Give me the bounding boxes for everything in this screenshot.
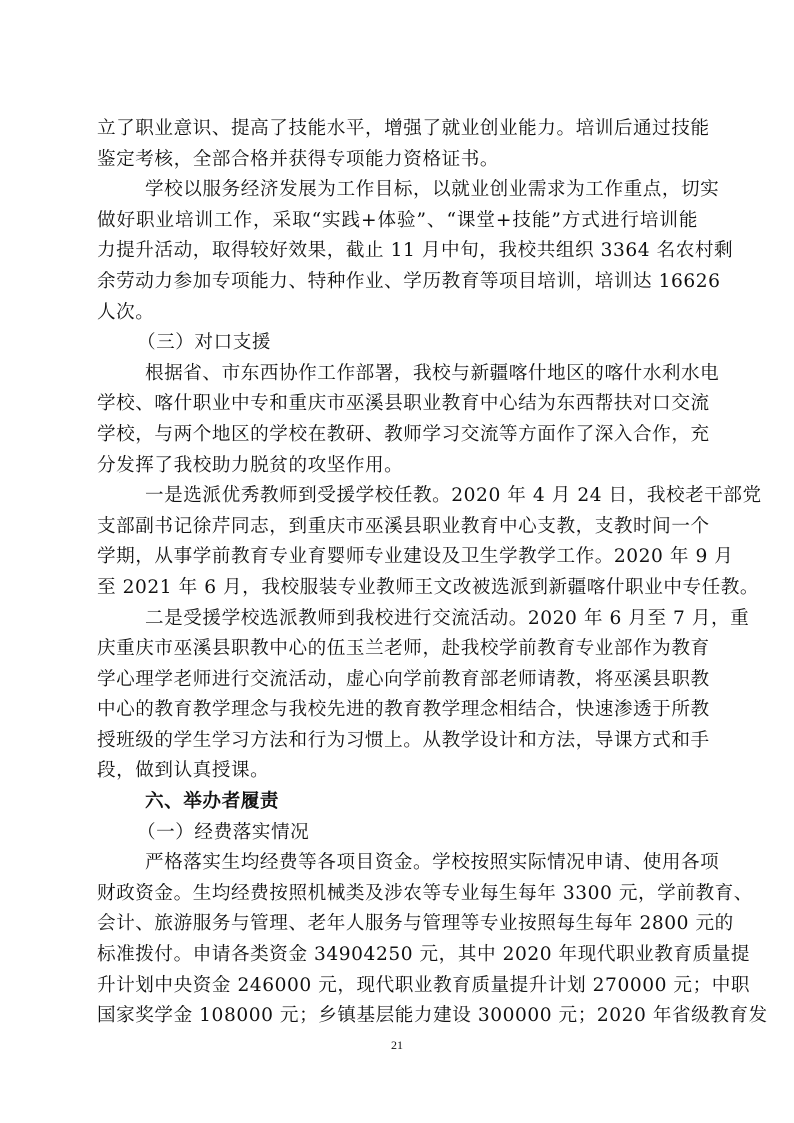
section-heading: 六、举办者履责 <box>97 787 698 818</box>
text-line: 学校、喀什职业中专和重庆市巫溪县职业教育中心结为东西帮扶对口交流 <box>97 389 698 420</box>
text-line: 分发挥了我校助力脱贫的攻坚作用。 <box>97 451 698 482</box>
text-line: 至 2021 年 6 月，我校服装专业教师王文改被选派到新疆喀什职业中专任教。 <box>97 573 698 604</box>
text-line: 根据省、市东西协作工作部署，我校与新疆喀什地区的喀什水利水电 <box>97 359 698 390</box>
text-line: 二是受援学校选派教师到我校进行交流活动。2020 年 6 月至 7 月，重 <box>97 604 698 635</box>
text-line: 严格落实生均经费等各项目资金。学校按照实际情况申请、使用各项 <box>97 848 698 879</box>
text-line: 余劳动力参加专项能力、特种作业、学历教育等项目培训，培训达 16626 <box>97 267 698 298</box>
page-number: 21 <box>0 1038 794 1053</box>
text-line: 人次。 <box>97 298 698 329</box>
text-line: 标准拨付。申请各类资金 34904250 元，其中 2020 年现代职业教育质量… <box>97 940 698 971</box>
text-line: 做好职业培训工作，采取“实践+体验”、“课堂+技能”方式进行培训能 <box>97 206 698 237</box>
text-line: 支部副书记徐芹同志，到重庆市巫溪县职业教育中心支教，支教时间一个 <box>97 512 698 543</box>
text-line: 学期，从事学前教育专业育婴师专业建设及卫生学教学工作。2020 年 9 月 <box>97 542 698 573</box>
text-line: 鉴定考核，全部合格并获得专项能力资格证书。 <box>97 145 698 176</box>
text-line: 升计划中央资金 246000 元，现代职业教育质量提升计划 270000 元；中… <box>97 971 698 1002</box>
document-page: 立了职业意识、提高了技能水平，增强了就业创业能力。培训后通过技能 鉴定考核，全部… <box>97 114 698 1032</box>
text-line: 学校以服务经济发展为工作目标，以就业创业需求为工作重点，切实 <box>97 175 698 206</box>
text-line: 庆重庆市巫溪县职教中心的伍玉兰老师，赴我校学前教育专业部作为教育 <box>97 634 698 665</box>
text-line: 会计、旅游服务与管理、老年人服务与管理等专业按照每生每年 2800 元的 <box>97 909 698 940</box>
text-line: 中心的教育教学理念与我校先进的教育教学理念相结合，快速渗透于所教 <box>97 695 698 726</box>
text-line: 立了职业意识、提高了技能水平，增强了就业创业能力。培训后通过技能 <box>97 114 698 145</box>
text-line: 一是选派优秀教师到受援学校任教。2020 年 4 月 24 日，我校老干部党 <box>97 481 698 512</box>
text-line: 段，做到认真授课。 <box>97 756 698 787</box>
text-line: 学心理学老师进行交流活动，虚心向学前教育部老师请教，将巫溪县职教 <box>97 665 698 696</box>
text-line: 财政资金。生均经费按照机械类及涉农等专业每生每年 3300 元，学前教育、 <box>97 879 698 910</box>
text-line: 力提升活动，取得较好效果，截止 11 月中旬，我校共组织 3364 名农村剩 <box>97 236 698 267</box>
text-line: 学校，与两个地区的学校在教研、教师学习交流等方面作了深入合作，充 <box>97 420 698 451</box>
text-line: 国家奖学金 108000 元；乡镇基层能力建设 300000 元；2020 年省… <box>97 1001 698 1032</box>
text-line: 授班级的学生学习方法和行为习惯上。从教学设计和方法，导课方式和手 <box>97 726 698 757</box>
section-subheading: （一）经费落实情况 <box>97 818 698 849</box>
section-subheading: （三）对口支援 <box>97 328 698 359</box>
